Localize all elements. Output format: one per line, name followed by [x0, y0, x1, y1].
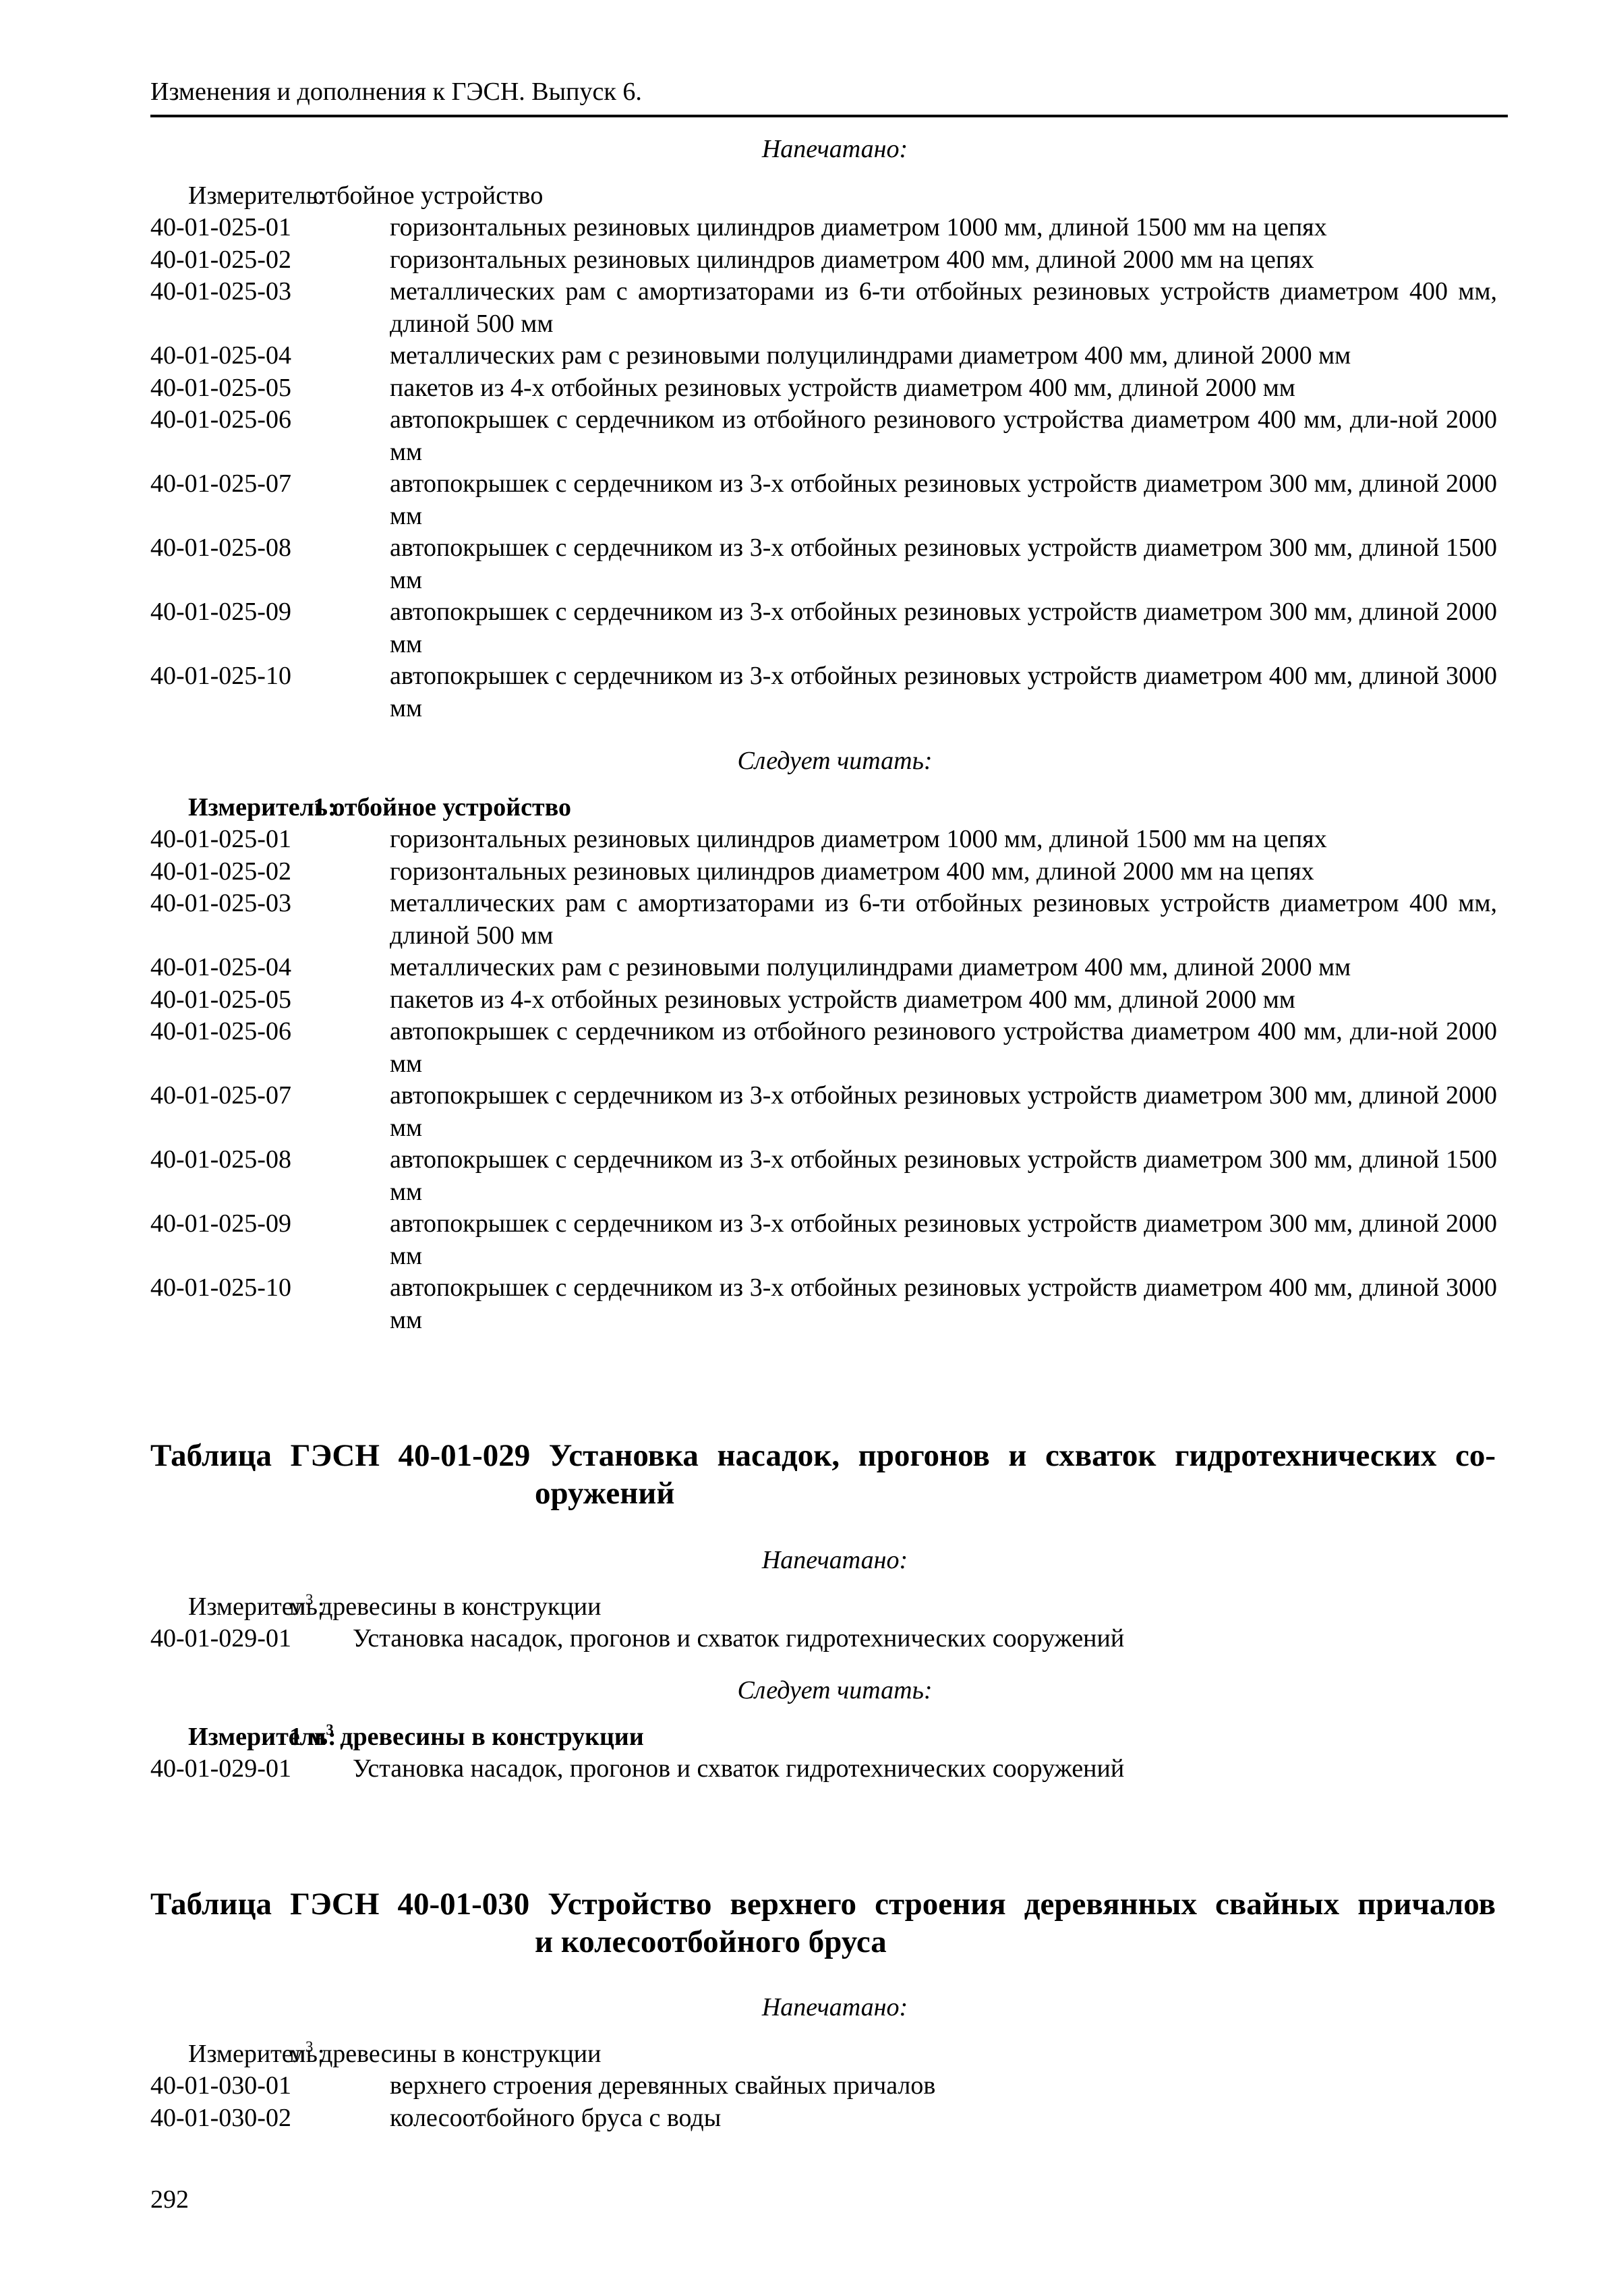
list-item: 40-01-025-03металлических рам с амортиза… [150, 888, 1499, 952]
table-title-line-1: Таблица ГЭСН 40-01-029 Установка насадок… [150, 1437, 1496, 1474]
list-item: 40-01-030-01верхнего строения деревянных… [150, 2070, 1499, 2102]
item-code: 40-01-029-01 [150, 1623, 353, 1655]
list-item: 40-01-025-07автопокрышек с сердечником и… [150, 1080, 1499, 1144]
list-item: 40-01-025-05пакетов из 4-х отбойных рези… [150, 984, 1499, 1016]
measure-line: Измеритель: 1 м3 древесины в конструкции [150, 1721, 1499, 1754]
item-description: металлических рам с амортизаторами из 6-… [390, 888, 1497, 952]
item-description: автопокрышек с сердечником из 3-х отбойн… [390, 1272, 1497, 1336]
table-029-printed: Напечатано: Измеритель: м3 древесины в к… [150, 1545, 1499, 1655]
printed-heading: Напечатано: [150, 1545, 1499, 1577]
measure-value: 1 отбойное устройство [313, 792, 571, 824]
item-description: автопокрышек с сердечником из 3-х отбойн… [390, 1144, 1497, 1208]
item-description: автопокрышек с сердечником из 3-х отбойн… [390, 468, 1497, 532]
item-list: 40-01-025-01горизонтальных резиновых цил… [150, 824, 1499, 1336]
measure-value: м3 древесины в конструкции [289, 1591, 601, 1624]
item-description: пакетов из 4-х отбойных резиновых устрой… [390, 372, 1497, 405]
header-rule [150, 115, 1508, 117]
measure-line: Измеритель: м3 древесины в конструкции [150, 1591, 1499, 1624]
measure-label: Измеритель: [188, 1721, 289, 1754]
item-code: 40-01-025-01 [150, 824, 390, 856]
list-item: 40-01-025-02горизонтальных резиновых цил… [150, 244, 1499, 277]
item-code: 40-01-025-04 [150, 340, 390, 372]
list-item: 40-01-025-08автопокрышек с сердечником и… [150, 532, 1499, 596]
item-list: 40-01-029-01Установка насадок, прогонов … [150, 1753, 1499, 1785]
corrected-heading: Следует читать: [150, 1675, 1499, 1707]
item-description: горизонтальных резиновых цилиндров диаме… [390, 824, 1497, 856]
list-item: 40-01-025-10автопокрышек с сердечником и… [150, 1272, 1499, 1336]
printed-heading: Напечатано: [150, 134, 1499, 166]
measure-unit: м [289, 2040, 305, 2068]
item-description: пакетов из 4-х отбойных резиновых устрой… [390, 984, 1497, 1016]
item-code: 40-01-029-01 [150, 1753, 353, 1785]
running-header: Изменения и дополнения к ГЭСН. Выпуск 6. [150, 76, 1506, 108]
measure-unit-exponent: 3 [305, 2038, 313, 2055]
item-code: 40-01-025-04 [150, 952, 390, 984]
measure-unit-exponent: 3 [326, 1721, 333, 1738]
measure-line: Измеритель: отбойное устройство [150, 180, 1499, 212]
table-030-printed: Напечатано: Измеритель: м3 древесины в к… [150, 1992, 1499, 2134]
item-list: 40-01-025-01горизонтальных резиновых цил… [150, 212, 1499, 724]
item-description: горизонтальных резиновых цилиндров диаме… [390, 856, 1497, 888]
item-code: 40-01-025-10 [150, 660, 390, 724]
section-025-corrected: Следует читать: Измеритель: 1 отбойное у… [150, 745, 1499, 1336]
measure-line: Измеритель: 1 отбойное устройство [150, 792, 1499, 824]
measure-value: отбойное устройство [313, 180, 543, 212]
list-item: 40-01-025-02горизонтальных резиновых цил… [150, 856, 1499, 888]
item-code: 40-01-025-10 [150, 1272, 390, 1336]
item-code: 40-01-025-05 [150, 372, 390, 405]
item-description: автопокрышек с сердечником из 3-х отбойн… [390, 596, 1497, 660]
list-item: 40-01-025-06автопокрышек с сердечником и… [150, 404, 1499, 468]
item-code: 40-01-025-08 [150, 532, 390, 596]
item-code: 40-01-025-01 [150, 212, 390, 244]
table-030-title: Таблица ГЭСН 40-01-030 Устройство верхне… [150, 1885, 1499, 1961]
item-description: металлических рам с амортизаторами из 6-… [390, 276, 1497, 340]
item-description: Установка насадок, прогонов и схваток ги… [353, 1623, 1460, 1655]
list-item: 40-01-025-04металлических рам с резиновы… [150, 952, 1499, 984]
measure-unit-exponent: 3 [305, 1591, 313, 1608]
measure-rest: древесины в конструкции [313, 1592, 601, 1621]
item-code: 40-01-025-03 [150, 888, 390, 952]
list-item: 40-01-025-10автопокрышек с сердечником и… [150, 660, 1499, 724]
section-025-printed: Напечатано: Измеритель: отбойное устройс… [150, 134, 1499, 724]
item-description: автопокрышек с сердечником из 3-х отбойн… [390, 532, 1497, 596]
list-item: 40-01-025-09автопокрышек с сердечником и… [150, 1208, 1499, 1272]
item-description: горизонтальных резиновых цилиндров диаме… [390, 212, 1497, 244]
item-code: 40-01-025-07 [150, 1080, 390, 1144]
table-title-line-2: и колесоотбойного бруса [150, 1923, 1499, 1961]
item-list: 40-01-029-01Установка насадок, прогонов … [150, 1623, 1499, 1655]
item-description: автопокрышек с сердечником из 3-х отбойн… [390, 1080, 1497, 1144]
measure-label: Измеритель: [188, 1591, 289, 1624]
corrected-heading: Следует читать: [150, 745, 1499, 778]
measure-unit: м [289, 1592, 305, 1621]
table-title-line-2: оружений [150, 1474, 1499, 1512]
measure-value: 1 м3 древесины в конструкции [289, 1721, 644, 1754]
item-description: горизонтальных резиновых цилиндров диаме… [390, 244, 1497, 277]
list-item: 40-01-029-01Установка насадок, прогонов … [150, 1753, 1499, 1785]
table-029-title: Таблица ГЭСН 40-01-029 Установка насадок… [150, 1437, 1499, 1512]
item-code: 40-01-025-03 [150, 276, 390, 340]
list-item: 40-01-025-03металлических рам с амортиза… [150, 276, 1499, 340]
list-item: 40-01-025-01горизонтальных резиновых цил… [150, 824, 1499, 856]
list-item: 40-01-025-09автопокрышек с сердечником и… [150, 596, 1499, 660]
list-item: 40-01-025-06автопокрышек с сердечником и… [150, 1016, 1499, 1080]
item-description: автопокрышек с сердечником из 3-х отбойн… [390, 1208, 1497, 1272]
item-description: автопокрышек с сердечником из отбойного … [390, 1016, 1497, 1080]
item-code: 40-01-025-09 [150, 1208, 390, 1272]
measure-label: Измеритель: [188, 180, 313, 212]
item-code: 40-01-025-02 [150, 244, 390, 277]
item-code: 40-01-025-02 [150, 856, 390, 888]
list-item: 40-01-025-08автопокрышек с сердечником и… [150, 1144, 1499, 1208]
item-description: металлических рам с резиновыми полуцилин… [390, 952, 1497, 984]
item-description: автопокрышек с сердечником из отбойного … [390, 404, 1497, 468]
item-code: 40-01-030-01 [150, 2070, 390, 2102]
item-code: 40-01-025-07 [150, 468, 390, 532]
item-code: 40-01-025-09 [150, 596, 390, 660]
item-description: автопокрышек с сердечником из 3-х отбойн… [390, 660, 1497, 724]
list-item: 40-01-029-01Установка насадок, прогонов … [150, 1623, 1499, 1655]
list-item: 40-01-025-05пакетов из 4-х отбойных рези… [150, 372, 1499, 405]
measure-value: м3 древесины в конструкции [289, 2038, 601, 2071]
item-code: 40-01-025-08 [150, 1144, 390, 1208]
measure-line: Измеритель: м3 древесины в конструкции [150, 2038, 1499, 2071]
item-description: Установка насадок, прогонов и схваток ги… [353, 1753, 1460, 1785]
list-item: 40-01-025-07автопокрышек с сердечником и… [150, 468, 1499, 532]
item-code: 40-01-025-06 [150, 404, 390, 468]
measure-rest: древесины в конструкции [334, 1723, 644, 1751]
list-item: 40-01-025-04металлических рам с резиновы… [150, 340, 1499, 372]
item-description: колесоотбойного бруса с воды [390, 2102, 1497, 2135]
item-code: 40-01-025-05 [150, 984, 390, 1016]
item-code: 40-01-025-06 [150, 1016, 390, 1080]
table-029-corrected: Следует читать: Измеритель: 1 м3 древеси… [150, 1675, 1499, 1785]
measure-label: Измеритель: [188, 792, 313, 824]
measure-rest: древесины в конструкции [313, 2040, 601, 2068]
measure-unit: 1 м [289, 1723, 326, 1751]
page-number: 292 [150, 2184, 189, 2216]
item-description: металлических рам с резиновыми полуцилин… [390, 340, 1497, 372]
table-title-line-1: Таблица ГЭСН 40-01-030 Устройство верхне… [150, 1885, 1496, 1923]
item-code: 40-01-030-02 [150, 2102, 390, 2135]
measure-label: Измеритель: [188, 2038, 289, 2071]
item-description: верхнего строения деревянных свайных при… [390, 2070, 1497, 2102]
printed-heading: Напечатано: [150, 1992, 1499, 2024]
list-item: 40-01-025-01горизонтальных резиновых цил… [150, 212, 1499, 244]
item-list: 40-01-030-01верхнего строения деревянных… [150, 2070, 1499, 2134]
list-item: 40-01-030-02колесоотбойного бруса с воды [150, 2102, 1499, 2135]
